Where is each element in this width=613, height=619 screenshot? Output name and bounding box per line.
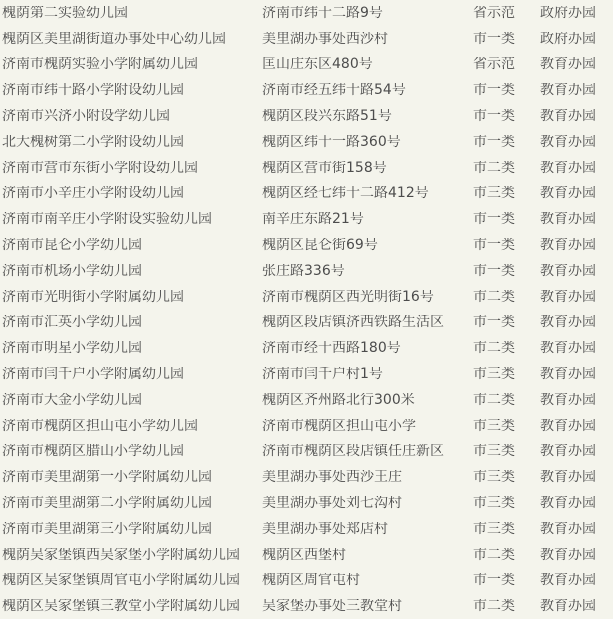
address-cell: 槐荫区营市街158号 — [262, 161, 473, 175]
kindergarten-name-cell: 济南市美里湖第一小学附属幼儿园 — [2, 470, 262, 484]
operator-type-cell: 教育办园 — [540, 548, 613, 562]
kindergarten-table: 槐荫第二实验幼儿园 济南市纬十二路9号 省示范 政府办园 槐荫区美里湖街道办事处… — [0, 0, 613, 619]
kindergarten-name-cell: 济南市纬十路小学附设幼儿园 — [2, 83, 262, 97]
operator-type-cell: 政府办园 — [540, 32, 613, 46]
operator-type-cell: 教育办园 — [540, 367, 613, 381]
operator-type-cell: 教育办园 — [540, 57, 613, 71]
grade-cell: 市一类 — [473, 238, 540, 252]
grade-cell: 市二类 — [473, 599, 540, 613]
table-row: 济南市汇英小学幼儿园 槐荫区段店镇济西铁路生活区 市一类 教育办园 — [0, 310, 613, 336]
operator-type-cell: 教育办园 — [540, 161, 613, 175]
address-cell: 匡山庄东区480号 — [262, 57, 473, 71]
operator-type-cell: 教育办园 — [540, 393, 613, 407]
address-cell: 槐荫区经七纬十二路412号 — [262, 186, 473, 200]
address-cell: 美里湖办事处西沙村 — [262, 32, 473, 46]
address-cell: 济南市经五纬十路54号 — [262, 83, 473, 97]
kindergarten-name-cell: 槐荫区吴家堡镇周官屯小学附属幼儿园 — [2, 573, 262, 587]
table-row: 济南市机场小学幼儿园 张庄路336号 市一类 教育办园 — [0, 258, 613, 284]
address-cell: 槐荫区西堡村 — [262, 548, 473, 562]
table-row: 济南市昆仑小学幼儿园 槐荫区昆仑街69号 市一类 教育办园 — [0, 232, 613, 258]
table-row: 济南市闫千户小学附属幼儿园 济南市闫千户村1号 市三类 教育办园 — [0, 361, 613, 387]
operator-type-cell: 教育办园 — [540, 496, 613, 510]
address-cell: 南辛庄东路21号 — [262, 212, 473, 226]
table-row: 济南市明星小学幼儿园 济南市经十西路180号 市二类 教育办园 — [0, 335, 613, 361]
kindergarten-name-cell: 济南市兴济小附设学幼儿园 — [2, 109, 262, 123]
table-row: 济南市南辛庄小学附设实验幼儿园 南辛庄东路21号 市一类 教育办园 — [0, 206, 613, 232]
operator-type-cell: 教育办园 — [540, 419, 613, 433]
grade-cell: 市一类 — [473, 83, 540, 97]
grade-cell: 市三类 — [473, 367, 540, 381]
operator-type-cell: 教育办园 — [540, 186, 613, 200]
kindergarten-name-cell: 济南市南辛庄小学附设实验幼儿园 — [2, 212, 262, 226]
address-cell: 济南市槐荫区段店镇任庄新区 — [262, 444, 473, 458]
operator-type-cell: 教育办园 — [540, 290, 613, 304]
table-row: 济南市营市东街小学附设幼儿园 槐荫区营市街158号 市二类 教育办园 — [0, 155, 613, 181]
grade-cell: 市二类 — [473, 290, 540, 304]
table-row: 济南市纬十路小学附设幼儿园 济南市经五纬十路54号 市一类 教育办园 — [0, 77, 613, 103]
kindergarten-name-cell: 济南市美里湖第三小学附属幼儿园 — [2, 522, 262, 536]
operator-type-cell: 教育办园 — [540, 444, 613, 458]
operator-type-cell: 教育办园 — [540, 135, 613, 149]
kindergarten-name-cell: 济南市汇英小学幼儿园 — [2, 315, 262, 329]
kindergarten-name-cell: 济南市大金小学幼儿园 — [2, 393, 262, 407]
operator-type-cell: 教育办园 — [540, 470, 613, 484]
table-row: 北大槐树第二小学附设幼儿园 槐荫区纬十一路360号 市一类 教育办园 — [0, 129, 613, 155]
table-row: 槐荫吴家堡镇西吴家堡小学附属幼儿园 槐荫区西堡村 市二类 教育办园 — [0, 542, 613, 568]
grade-cell: 市三类 — [473, 470, 540, 484]
address-cell: 美里湖办事处郑店村 — [262, 522, 473, 536]
grade-cell: 省示范 — [473, 6, 540, 20]
grade-cell: 市一类 — [473, 135, 540, 149]
table-row: 济南市槐荫区担山屯小学幼儿园 济南市槐荫区担山屯小学 市三类 教育办园 — [0, 413, 613, 439]
table-row: 济南市小辛庄小学附设幼儿园 槐荫区经七纬十二路412号 市三类 教育办园 — [0, 181, 613, 207]
grade-cell: 市一类 — [473, 32, 540, 46]
kindergarten-name-cell: 济南市美里湖第二小学附属幼儿园 — [2, 496, 262, 510]
kindergarten-name-cell: 济南市槐荫区腊山小学幼儿园 — [2, 444, 262, 458]
address-cell: 槐荫区昆仑街69号 — [262, 238, 473, 252]
address-cell: 济南市槐荫区担山屯小学 — [262, 419, 473, 433]
table-row: 济南市大金小学幼儿园 槐荫区齐州路北行300米 市二类 教育办园 — [0, 387, 613, 413]
grade-cell: 市二类 — [473, 548, 540, 562]
grade-cell: 市三类 — [473, 496, 540, 510]
operator-type-cell: 教育办园 — [540, 238, 613, 252]
grade-cell: 市一类 — [473, 264, 540, 278]
table-row: 槐荫区吴家堡镇三教堂小学附属幼儿园 吴家堡办事处三教堂村 市二类 教育办园 — [0, 593, 613, 619]
grade-cell: 市三类 — [473, 419, 540, 433]
grade-cell: 市三类 — [473, 522, 540, 536]
table-row: 济南市美里湖第二小学附属幼儿园 美里湖办事处刘七沟村 市三类 教育办园 — [0, 490, 613, 516]
grade-cell: 市二类 — [473, 393, 540, 407]
grade-cell: 省示范 — [473, 57, 540, 71]
table-row: 济南市槐荫区腊山小学幼儿园 济南市槐荫区段店镇任庄新区 市三类 教育办园 — [0, 439, 613, 465]
operator-type-cell: 教育办园 — [540, 341, 613, 355]
operator-type-cell: 教育办园 — [540, 264, 613, 278]
operator-type-cell: 教育办园 — [540, 573, 613, 587]
table-row: 济南市兴济小附设学幼儿园 槐荫区段兴东路51号 市一类 教育办园 — [0, 103, 613, 129]
operator-type-cell: 教育办园 — [540, 212, 613, 226]
kindergarten-name-cell: 济南市闫千户小学附属幼儿园 — [2, 367, 262, 381]
kindergarten-name-cell: 济南市槐荫区担山屯小学幼儿园 — [2, 419, 262, 433]
address-cell: 槐荫区周官屯村 — [262, 573, 473, 587]
operator-type-cell: 教育办园 — [540, 109, 613, 123]
kindergarten-name-cell: 济南市光明街小学附属幼儿园 — [2, 290, 262, 304]
address-cell: 济南市槐荫区西光明街16号 — [262, 290, 473, 304]
kindergarten-name-cell: 济南市营市东街小学附设幼儿园 — [2, 161, 262, 175]
grade-cell: 市二类 — [473, 161, 540, 175]
address-cell: 吴家堡办事处三教堂村 — [262, 599, 473, 613]
table-row: 槐荫区美里湖街道办事处中心幼儿园 美里湖办事处西沙村 市一类 政府办园 — [0, 26, 613, 52]
kindergarten-name-cell: 槐荫吴家堡镇西吴家堡小学附属幼儿园 — [2, 548, 262, 562]
grade-cell: 市一类 — [473, 109, 540, 123]
address-cell: 张庄路336号 — [262, 264, 473, 278]
grade-cell: 市三类 — [473, 444, 540, 458]
grade-cell: 市三类 — [473, 186, 540, 200]
kindergarten-name-cell: 北大槐树第二小学附设幼儿园 — [2, 135, 262, 149]
operator-type-cell: 教育办园 — [540, 83, 613, 97]
address-cell: 槐荫区纬十一路360号 — [262, 135, 473, 149]
table-row: 槐荫第二实验幼儿园 济南市纬十二路9号 省示范 政府办园 — [0, 0, 613, 26]
kindergarten-name-cell: 槐荫第二实验幼儿园 — [2, 6, 262, 20]
kindergarten-name-cell: 济南市昆仑小学幼儿园 — [2, 238, 262, 252]
grade-cell: 市一类 — [473, 212, 540, 226]
kindergarten-name-cell: 槐荫区吴家堡镇三教堂小学附属幼儿园 — [2, 599, 262, 613]
grade-cell: 市一类 — [473, 573, 540, 587]
kindergarten-name-cell: 济南市机场小学幼儿园 — [2, 264, 262, 278]
grade-cell: 市二类 — [473, 341, 540, 355]
operator-type-cell: 教育办园 — [540, 315, 613, 329]
kindergarten-name-cell: 济南市明星小学幼儿园 — [2, 341, 262, 355]
grade-cell: 市一类 — [473, 315, 540, 329]
kindergarten-name-cell: 槐荫区美里湖街道办事处中心幼儿园 — [2, 32, 262, 46]
operator-type-cell: 政府办园 — [540, 6, 613, 20]
table-row: 济南市美里湖第三小学附属幼儿园 美里湖办事处郑店村 市三类 教育办园 — [0, 516, 613, 542]
address-cell: 济南市经十西路180号 — [262, 341, 473, 355]
address-cell: 美里湖办事处刘七沟村 — [262, 496, 473, 510]
address-cell: 槐荫区段兴东路51号 — [262, 109, 473, 123]
table-row: 槐荫区吴家堡镇周官屯小学附属幼儿园 槐荫区周官屯村 市一类 教育办园 — [0, 568, 613, 594]
address-cell: 槐荫区段店镇济西铁路生活区 — [262, 315, 473, 329]
address-cell: 济南市纬十二路9号 — [262, 6, 473, 20]
kindergarten-name-cell: 济南市槐荫实验小学附属幼儿园 — [2, 57, 262, 71]
operator-type-cell: 教育办园 — [540, 599, 613, 613]
address-cell: 槐荫区齐州路北行300米 — [262, 393, 473, 407]
operator-type-cell: 教育办园 — [540, 522, 613, 536]
address-cell: 济南市闫千户村1号 — [262, 367, 473, 381]
kindergarten-name-cell: 济南市小辛庄小学附设幼儿园 — [2, 186, 262, 200]
table-row: 济南市美里湖第一小学附属幼儿园 美里湖办事处西沙王庄 市三类 教育办园 — [0, 464, 613, 490]
address-cell: 美里湖办事处西沙王庄 — [262, 470, 473, 484]
table-row: 济南市光明街小学附属幼儿园 济南市槐荫区西光明街16号 市二类 教育办园 — [0, 284, 613, 310]
table-row: 济南市槐荫实验小学附属幼儿园 匡山庄东区480号 省示范 教育办园 — [0, 52, 613, 78]
